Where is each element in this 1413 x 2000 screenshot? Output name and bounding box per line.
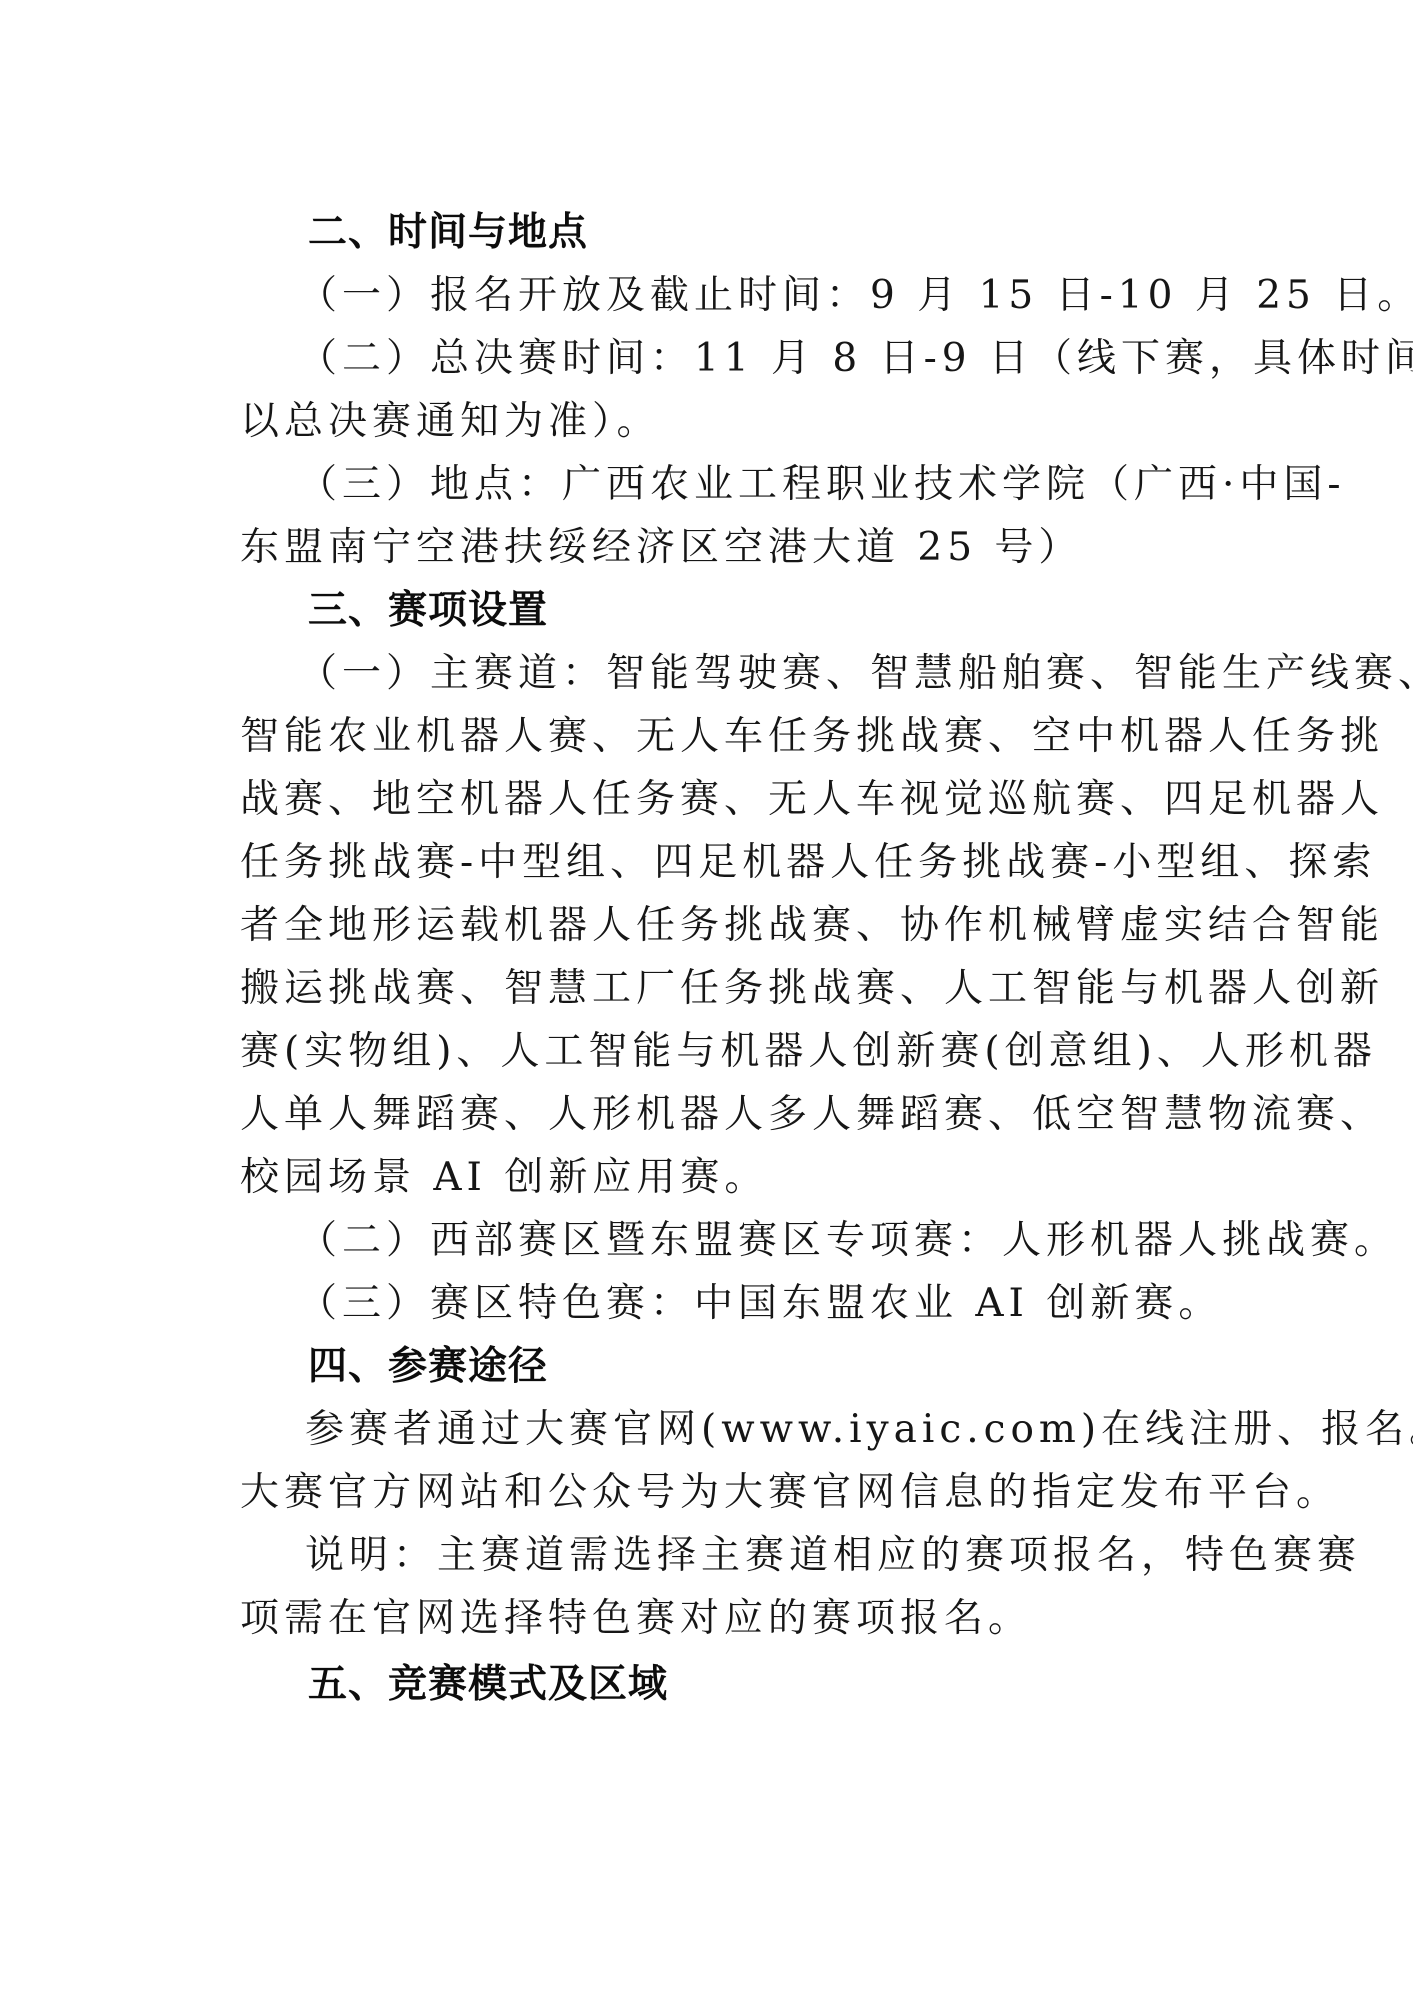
document-page: 二、时间与地点 （一）报名开放及截止时间：9 月 15 日-10 月 25 日。… xyxy=(0,0,1413,2000)
paragraph-line: 搬运挑战赛、智慧工厂任务挑战赛、人工智能与机器人创新 xyxy=(240,964,1384,1014)
paragraph-line: （二）西部赛区暨东盟赛区专项赛：人形机器人挑战赛。 xyxy=(298,1216,1398,1266)
section-heading-competition-mode: 五、竞赛模式及区域 xyxy=(308,1660,668,1710)
paragraph-line: （三）赛区特色赛：中国东盟农业 AI 创新赛。 xyxy=(298,1279,1222,1329)
paragraph-line: 智能农业机器人赛、无人车任务挑战赛、空中机器人任务挑 xyxy=(240,712,1384,762)
paragraph-line: （三）地点：广西农业工程职业技术学院（广西·中国- xyxy=(298,460,1346,510)
paragraph-line: （一）报名开放及截止时间：9 月 15 日-10 月 25 日。 xyxy=(298,271,1413,321)
section-heading-events: 三、赛项设置 xyxy=(308,586,548,636)
section-heading-participation: 四、参赛途径 xyxy=(308,1342,548,1392)
section-heading-time-location: 二、时间与地点 xyxy=(308,208,588,258)
paragraph-line: 参赛者通过大赛官网(www.iyaic.com)在线注册、报名。 xyxy=(305,1405,1413,1455)
paragraph-line: 人单人舞蹈赛、人形机器人多人舞蹈赛、低空智慧物流赛、 xyxy=(240,1090,1384,1140)
paragraph-line: 战赛、地空机器人任务赛、无人车视觉巡航赛、四足机器人 xyxy=(240,775,1384,825)
paragraph-line: 大赛官方网站和公众号为大赛官网信息的指定发布平台。 xyxy=(240,1468,1340,1518)
paragraph-line: 者全地形运载机器人任务挑战赛、协作机械臂虚实结合智能 xyxy=(240,901,1384,951)
paragraph-line: （一）主赛道：智能驾驶赛、智慧船舶赛、智能生产线赛、 xyxy=(298,649,1413,699)
paragraph-line: 东盟南宁空港扶绥经济区空港大道 25 号） xyxy=(240,523,1082,573)
paragraph-line: 说明：主赛道需选择主赛道相应的赛项报名，特色赛赛 xyxy=(305,1531,1361,1581)
paragraph-line: 项需在官网选择特色赛对应的赛项报名。 xyxy=(240,1594,1032,1644)
paragraph-line: （二）总决赛时间：11 月 8 日-9 日（线下赛，具体时间 xyxy=(298,334,1413,384)
paragraph-line: 以总决赛通知为准）。 xyxy=(240,397,661,447)
paragraph-line: 校园场景 AI 创新应用赛。 xyxy=(240,1153,768,1203)
paragraph-line: 赛(实物组)、人工智能与机器人创新赛(创意组)、人形机器 xyxy=(240,1027,1377,1077)
paragraph-line: 任务挑战赛-中型组、四足机器人任务挑战赛-小型组、探索 xyxy=(240,838,1376,888)
